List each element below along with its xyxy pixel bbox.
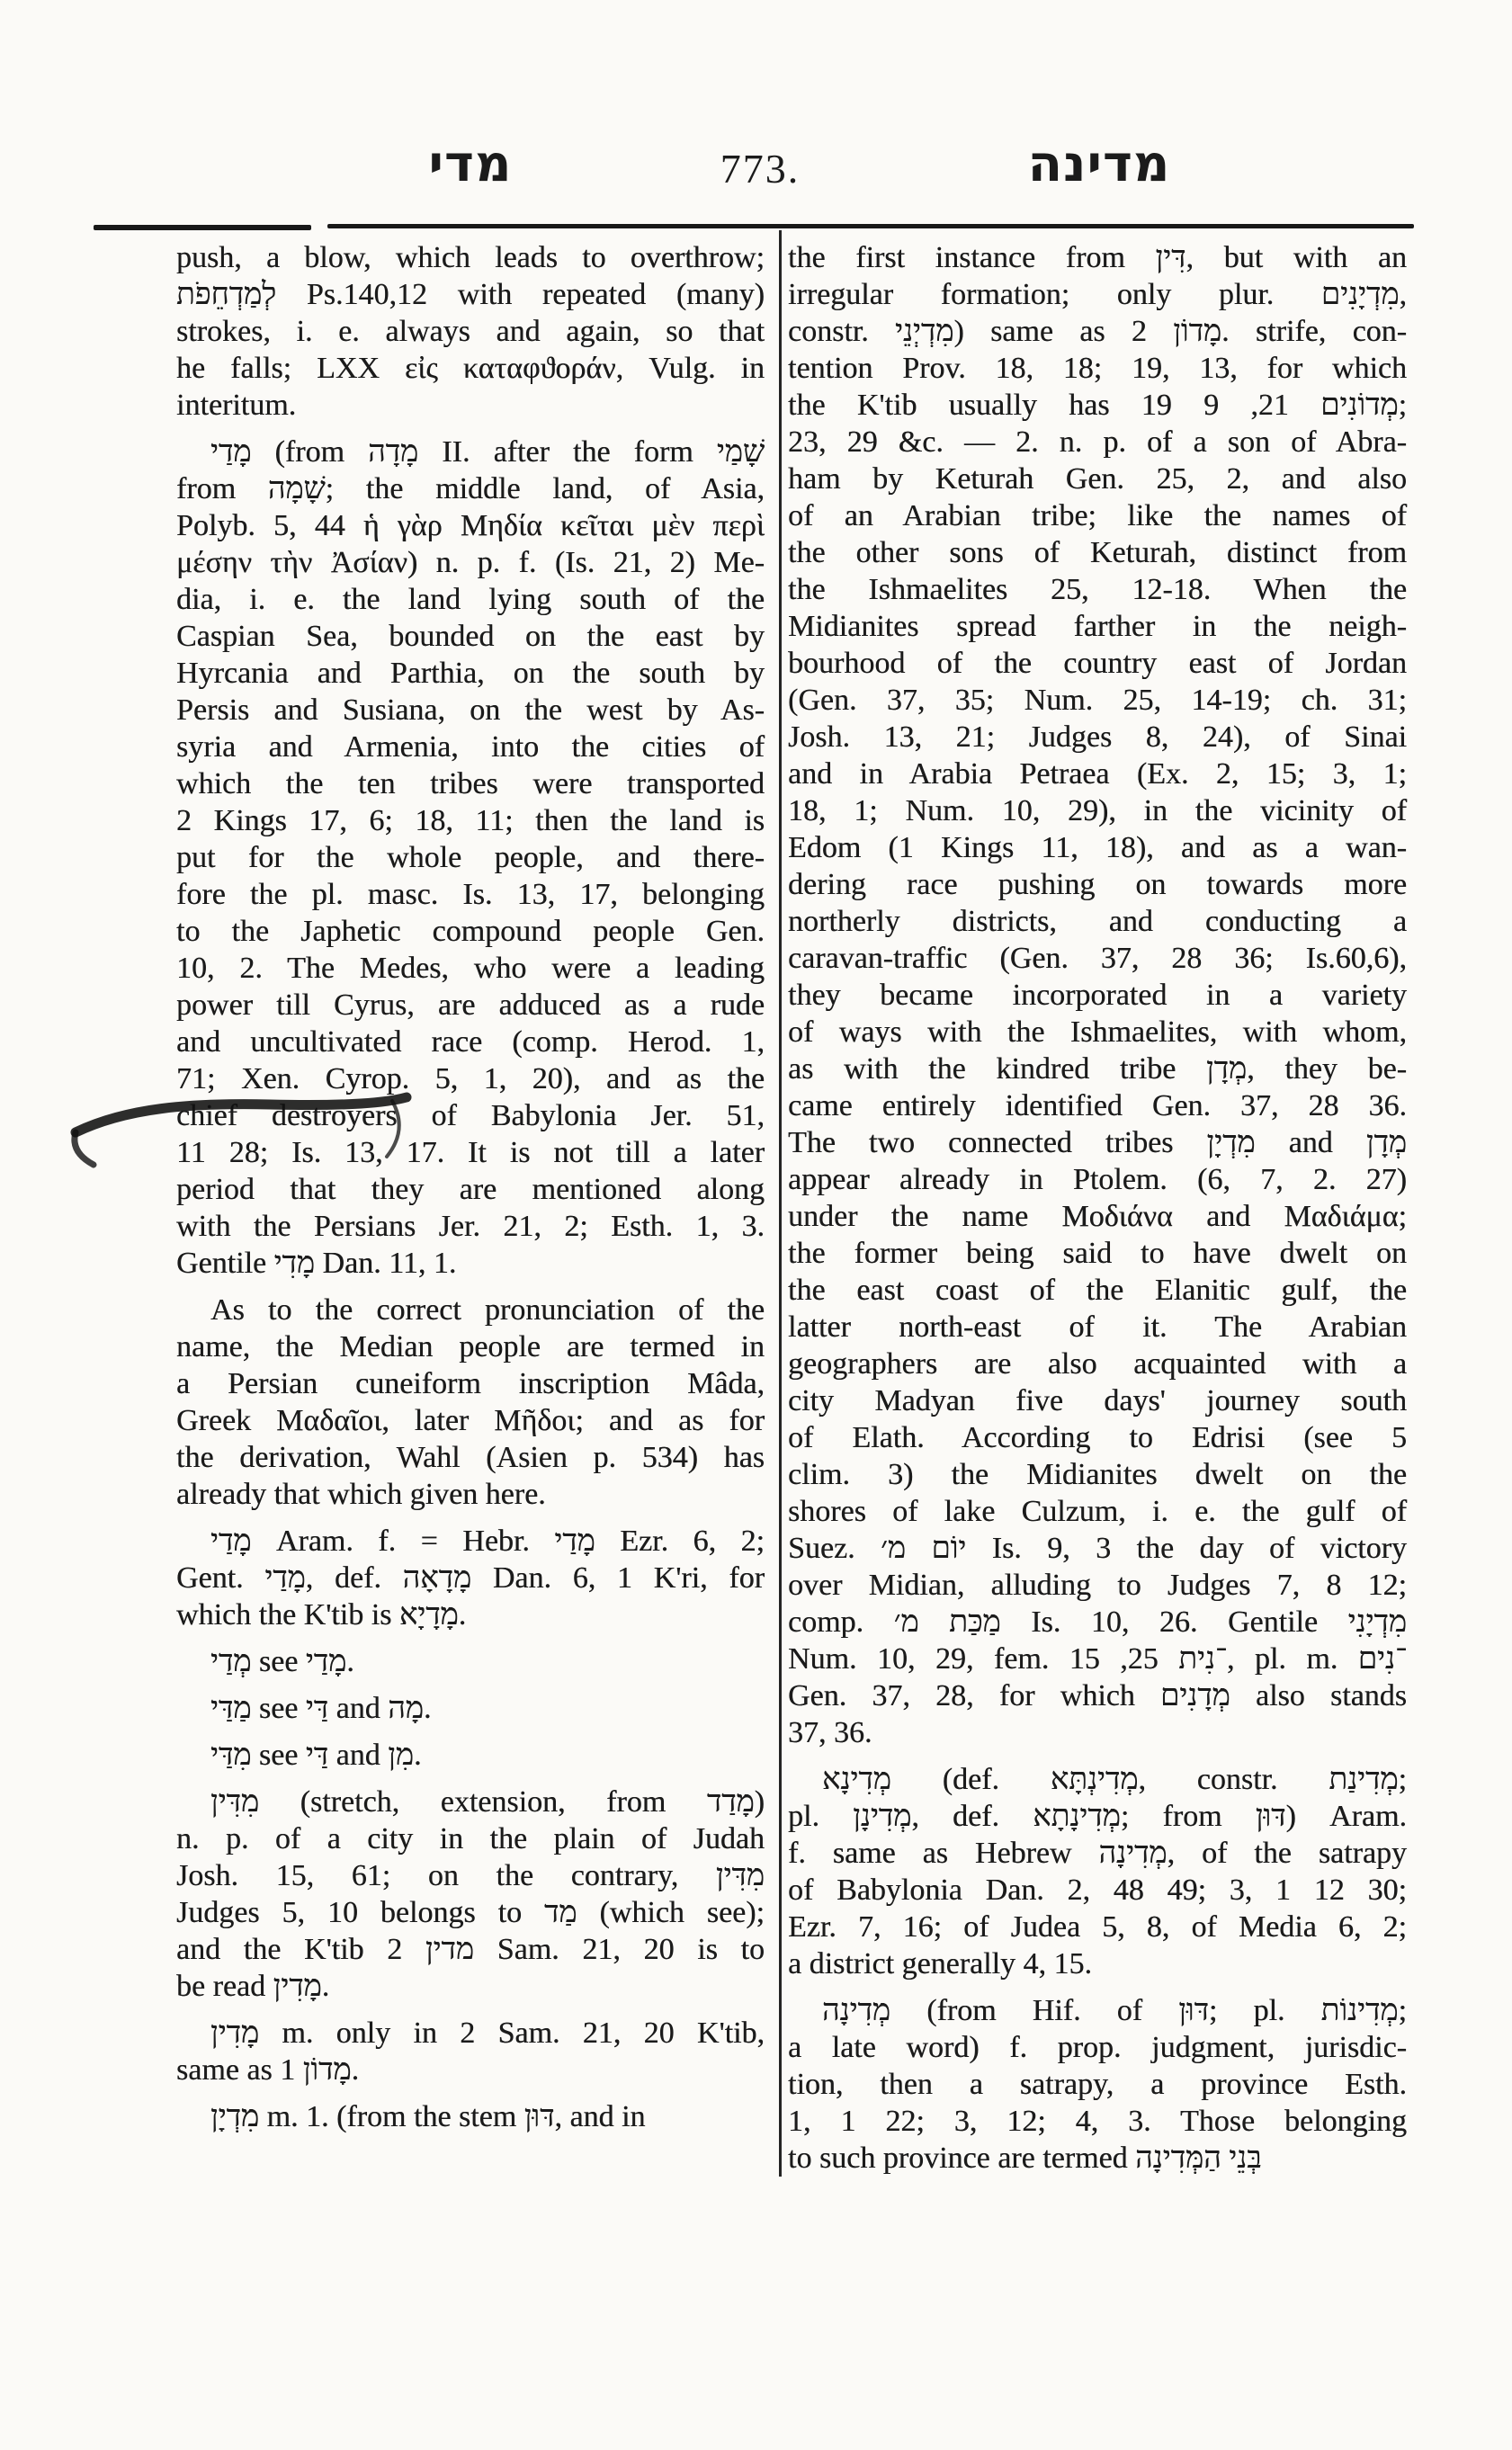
text-line: Gen. 37, 28, for which מְדָנִים also sta… (788, 1677, 1407, 1714)
text-line: under the name Μοδιάνα and Μαδιάμα; (788, 1198, 1407, 1235)
text-line: which the K'tib is מָדָיָא. (176, 1596, 765, 1633)
entry-paragraph: מָדַי (from מָדָה II. after the form שָׁ… (176, 434, 765, 1282)
text-line: the first instance from דִּין, but with … (788, 239, 1407, 276)
text-line: irregular formation; only plur. מִדְיָנִ… (788, 276, 1407, 313)
text-line: they became incorporated in a variety (788, 977, 1407, 1014)
entry-paragraph: מַדַּי see דַּי and מָה. (176, 1690, 765, 1727)
text-line: מָדִין m. only in 2 Sam. 21, 20 K'tib, (176, 2015, 765, 2052)
text-line: לְמַדְחֵפֹת Ps.140,12 with repeated (man… (176, 276, 765, 313)
text-line: Num. 10, 29, fem. ־נִית 25, 15, pl. m. ־… (788, 1641, 1407, 1677)
text-line: caravan-traffic (Gen. 37, 28 36; Is.60,6… (788, 940, 1407, 977)
text-line: f. same as Hebrew מְדִינָה, of the satra… (788, 1835, 1407, 1872)
text-line: a district generally 4, 15. (788, 1945, 1407, 1982)
text-line: already that which given here. (176, 1476, 765, 1513)
text-line: and the K'tib מדין 2 Sam. 21, 20 is to (176, 1931, 765, 1968)
text-line: Suez. יוֹם מ׳ Is. 9, 3 the day of victor… (788, 1530, 1407, 1567)
text-line: Midianites spread farther in the neigh- (788, 608, 1407, 645)
text-line: as with the kindred tribe מְדָן, they be… (788, 1051, 1407, 1087)
text-line: pl. מְדִינָן, def. מְדִינָתָא; from דּוּ… (788, 1798, 1407, 1835)
text-line: of Elath. According to Edrisi (see 5 (788, 1419, 1407, 1456)
text-line: the other sons of Keturah, distinct from (788, 534, 1407, 571)
text-line: 10, 2. The Medes, who were a leading (176, 950, 765, 987)
text-line: the Ishmaelites 25, 12-18. When the (788, 571, 1407, 608)
text-line: מְדַי see מָדַי. (176, 1643, 765, 1680)
left-column: push, a blow, which leads to overthrow;ל… (176, 239, 765, 2135)
text-line: dia, i. e. the land lying south of the (176, 581, 765, 618)
text-line: מִדְיָן m. 1. (from the stem דּוּן, and … (176, 2098, 765, 2135)
text-line: 37, 36. (788, 1714, 1407, 1751)
text-line: from שָׁמָה; the middle land, of Asia, (176, 470, 765, 507)
text-line: Josh. 13, 21; Judges 8, 24), of Sinai (788, 719, 1407, 756)
right-column: the first instance from דִּין, but with … (788, 239, 1407, 2177)
text-line: Gentile מָדִי Dan. 11, 1. (176, 1245, 765, 1282)
text-line: the derivation, Wahl (Asien p. 534) has (176, 1439, 765, 1476)
text-line: which the ten tribes were transported (176, 765, 765, 802)
text-line: Greek Μαδαῖοι, later Μῆδοι; and as for (176, 1402, 765, 1439)
entry-paragraph: מָדִין m. only in 2 Sam. 21, 20 K'tib,sa… (176, 2015, 765, 2088)
text-line: syria and Armenia, into the cities of (176, 729, 765, 765)
text-line: interitum. (176, 387, 765, 424)
text-line: and uncultivated race (comp. Herod. 1, (176, 1024, 765, 1060)
continuation-paragraph: push, a blow, which leads to overthrow;ל… (176, 239, 765, 424)
text-line: the K'tib usually has מְדוֹנִים 21, 9 19… (788, 387, 1407, 424)
entry-paragraph: מִדְיָן m. 1. (from the stem דּוּן, and … (176, 2098, 765, 2135)
text-line: a late word) f. prop. judgment, jurisdic… (788, 2029, 1407, 2066)
column-divider (779, 230, 782, 2177)
text-line: strokes, i. e. always and again, so that (176, 313, 765, 350)
text-line: מִדַּי see דַּי and מִן. (176, 1737, 765, 1774)
text-line: Persis and Susiana, on the west by As- (176, 692, 765, 729)
text-line: fore the pl. masc. Is. 13, 17, belonging (176, 876, 765, 913)
entry-paragraph: As to the correct pronunciation of thena… (176, 1292, 765, 1513)
text-line: name, the Median people are termed in (176, 1328, 765, 1365)
entry-paragraph: מָדַי Aram. f. = Hebr. מָדַי Ezr. 6, 2;G… (176, 1523, 765, 1633)
text-line: n. p. of a city in the plain of Judah (176, 1820, 765, 1857)
text-line: Gent. מָדַי, def. מָדָאָה Dan. 6, 1 K'ri… (176, 1560, 765, 1596)
text-line: the east coast of the Elanitic gulf, the (788, 1272, 1407, 1309)
text-line: מְדִינָא (def. מְדִינְתָּא, constr. מְדִ… (788, 1761, 1407, 1798)
text-line: tention Prov. 18, 18; 19, 13, for which (788, 350, 1407, 387)
text-line: push, a blow, which leads to overthrow; (176, 239, 765, 276)
text-line: tion, then a satrapy, a province Esth. (788, 2066, 1407, 2103)
text-line: bourhood of the country east of Jordan (788, 645, 1407, 682)
text-line: geographers are also acquainted with a (788, 1346, 1407, 1382)
text-line: shores of lake Culzum, i. e. the gulf of (788, 1493, 1407, 1530)
text-line: מְדִינָה (from Hif. of דּוּן; pl. מְדִינ… (788, 1992, 1407, 2029)
text-line: constr. מִדְיְנֵי) same as מָדוֹן 2. str… (788, 313, 1407, 350)
entry-paragraph: מְדִינָא (def. מְדִינְתָּא, constr. מְדִ… (788, 1761, 1407, 1982)
text-line: be read מָדִין. (176, 1968, 765, 2005)
text-line: northerly districts, and conducting a (788, 903, 1407, 940)
text-line: מִדִּין (stretch, extension, from מָדַד) (176, 1784, 765, 1820)
text-line: 18, 1; Num. 10, 29), in the vicinity of (788, 792, 1407, 829)
continuation-paragraph: the first instance from דִּין, but with … (788, 239, 1407, 1751)
entry-paragraph: מְדִינָה (from Hif. of דּוּן; pl. מְדִינ… (788, 1992, 1407, 2177)
text-line: The two connected tribes מִדְיָן and מְד… (788, 1124, 1407, 1161)
text-line: put for the whole people, and there- (176, 839, 765, 876)
text-line: Polyb. 5, 44 ἡ γὰρ Μηδία κεῖται μὲν περὶ (176, 507, 765, 544)
entry-paragraph: מִדִּין (stretch, extension, from מָדַד)… (176, 1784, 765, 2005)
text-line: chief destroyers of Babylonia Jer. 51, (176, 1097, 765, 1134)
text-line: of Babylonia Dan. 2, 48 49; 3, 1 12 30; (788, 1872, 1407, 1909)
text-line: Josh. 15, 61; on the contrary, מִדִּין (176, 1857, 765, 1894)
text-line: dering race pushing on towards more (788, 866, 1407, 903)
text-line: מָדַי (from מָדָה II. after the form שָׁ… (176, 434, 765, 470)
text-line: מָדַי Aram. f. = Hebr. מָדַי Ezr. 6, 2; (176, 1523, 765, 1560)
lexicon-page: מדי 773. מדינה push, a blow, which leads… (0, 0, 1512, 2450)
text-line: Judges 5, 10 belongs to מַד (which see); (176, 1894, 765, 1931)
text-line: 1, 1 22; 3, 12; 4, 3. Those belonging (788, 2103, 1407, 2140)
text-line: μέσην τὴν Ἀσίαν) n. p. f. (Is. 21, 2) Me… (176, 544, 765, 581)
text-line: מַדַּי see דַּי and מָה. (176, 1690, 765, 1727)
text-line: power till Cyrus, are adduced as a rude (176, 987, 765, 1024)
text-line: and in Arabia Petraea (Ex. 2, 15; 3, 1; (788, 756, 1407, 792)
header-rule-main-segment (327, 224, 1414, 228)
text-line: Edom (1 Kings 11, 18), and as a wan- (788, 829, 1407, 866)
entry-paragraph: מִדַּי see דַּי and מִן. (176, 1737, 765, 1774)
text-line: the former being said to have dwelt on (788, 1235, 1407, 1272)
header-right-keyword: מדינה (1028, 133, 1171, 196)
text-line: Ezr. 7, 16; of Judea 5, 8, of Media 6, 2… (788, 1909, 1407, 1945)
text-line: As to the correct pronunciation of the (176, 1292, 765, 1328)
page-number: 773. (720, 142, 801, 196)
text-line: with the Persians Jer. 21, 2; Esth. 1, 3… (176, 1208, 765, 1245)
text-line: over Midian, alluding to Judges 7, 8 12; (788, 1567, 1407, 1604)
text-line: to the Japhetic compound people Gen. (176, 913, 765, 950)
text-line: same as מָדוֹן 1. (176, 2052, 765, 2088)
text-line: 11 28; Is. 13, 17. It is not till a late… (176, 1134, 765, 1171)
text-line: Hyrcania and Parthia, on the south by (176, 655, 765, 692)
entry-paragraph: מְדַי see מָדַי. (176, 1643, 765, 1680)
header-rule-left-segment (94, 225, 311, 230)
text-line: came entirely identified Gen. 37, 28 36. (788, 1087, 1407, 1124)
header-left-keyword: מדי (429, 133, 513, 196)
text-line: he falls; LXX εἰς καταφϑοράν, Vulg. in (176, 350, 765, 387)
text-line: ham by Keturah Gen. 25, 2, and also (788, 460, 1407, 497)
text-line: a Persian cuneiform inscription Mâda, (176, 1365, 765, 1402)
text-line: Caspian Sea, bounded on the east by (176, 618, 765, 655)
text-line: of an Arabian tribe; like the names of (788, 497, 1407, 534)
text-line: 23, 29 &c. — 2. n. p. of a son of Abra- (788, 424, 1407, 460)
text-line: 2 Kings 17, 6; 18, 11; then the land is (176, 802, 765, 839)
text-line: comp. מַכַּת מ׳ Is. 10, 26. Gentile מִדְ… (788, 1604, 1407, 1641)
text-line: period that they are mentioned along (176, 1171, 765, 1208)
text-line: appear already in Ptolem. (6, 7, 2. 27) (788, 1161, 1407, 1198)
text-line: to such province are termed בְּנֵי הַמְּ… (788, 2140, 1407, 2177)
text-line: latter north-east of it. The Arabian (788, 1309, 1407, 1346)
text-line: of ways with the Ishmaelites, with whom, (788, 1014, 1407, 1051)
text-line: (Gen. 37, 35; Num. 25, 14-19; ch. 31; (788, 682, 1407, 719)
text-line: city Madyan five days' journey south (788, 1382, 1407, 1419)
running-head: מדי 773. מדינה (0, 133, 1512, 198)
text-line: 71; Xen. Cyrop. 5, 1, 20), and as the (176, 1060, 765, 1097)
text-line: clim. 3) the Midianites dwelt on the (788, 1456, 1407, 1493)
